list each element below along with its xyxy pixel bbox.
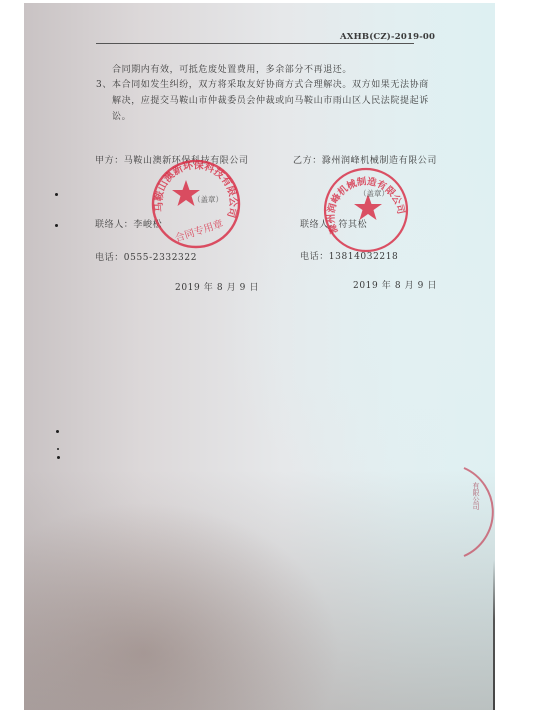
svg-text:（盖章）: （盖章） [359,188,389,198]
clause-3-line-1: 本合同如发生纠纷，双方将采取友好协商方式合理解决。双方如果无法协商 [112,77,429,90]
punch-hole-mark [55,224,58,227]
clause-continuation: 合同期内有效，可抵危废处置费用，多余部分不再退还。 [112,62,352,75]
party-a-date: 2019 年 8 月 9 日 [175,280,259,293]
document-photo [24,3,495,710]
clause-3-line-2: 解决，应提交马鞍山市仲裁委员会仲裁或向马鞍山市雨山区人民法院提起诉 [112,93,429,106]
party-b-company-seal: 滁州润峰机械制造有限公司 （盖章） [322,166,410,254]
page-edge-shadow [493,560,495,710]
punch-hole-mark [56,430,59,433]
punch-hole-mark [57,456,60,459]
svg-text:有限公司: 有限公司 [472,481,480,510]
party-b-label: 乙方：滁州润峰机械制造有限公司 [293,153,437,166]
party-b-date: 2019 年 8 月 9 日 [353,278,437,291]
seam-seal-partial: 有限公司 [462,462,496,562]
svg-text:马鞍山澳新环保科技有限公司: 马鞍山澳新环保科技有限公司 [152,158,240,219]
clause-3-number: 3、 [96,77,112,90]
clause-3-line-3: 讼。 [112,109,131,122]
document-code: AXHB(CZ)-2019-00 [340,32,435,42]
punch-hole-mark [55,193,58,196]
svg-text:（盖章）: （盖章） [193,194,223,204]
punch-hole-mark [57,448,59,450]
party-a-phone: 电话：0555-2332322 [95,250,197,263]
party-a-company-seal: 马鞍山澳新环保科技有限公司 （盖章） 合同专用章 [150,158,242,250]
header-rule [96,43,414,44]
